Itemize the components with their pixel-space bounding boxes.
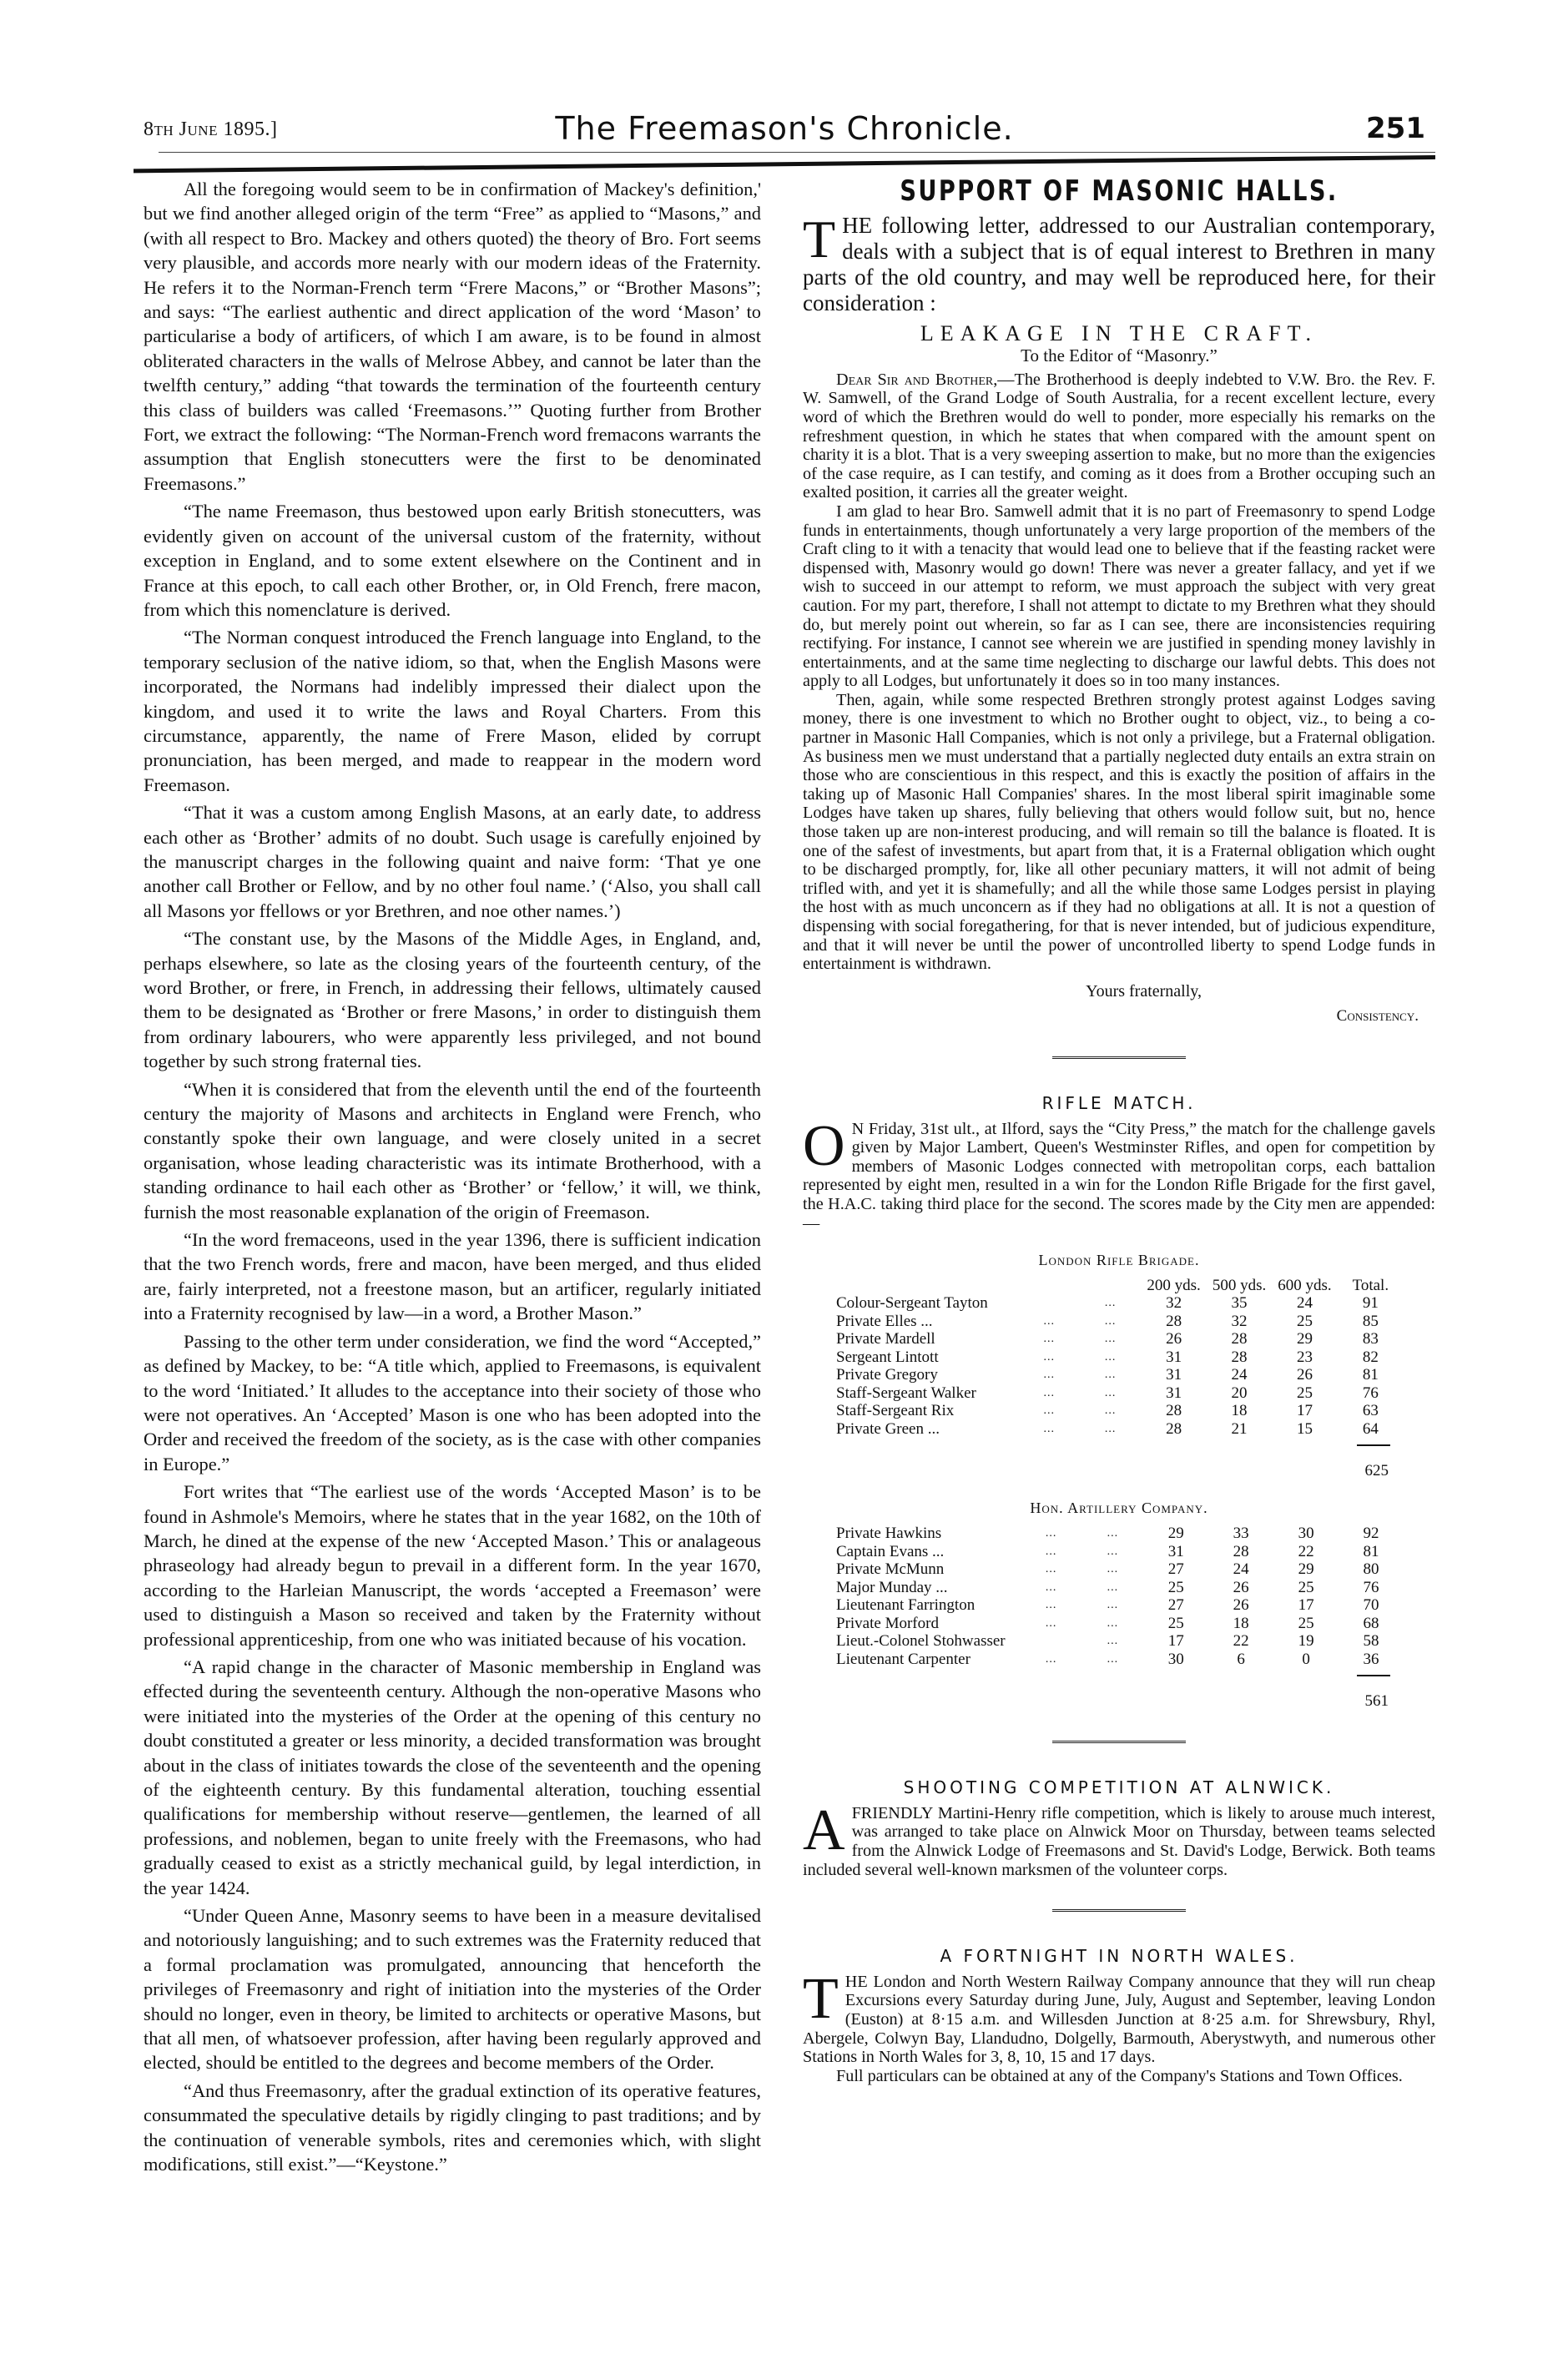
col-header: 500 yds. bbox=[1207, 1277, 1272, 1295]
paragraph: Fort writes that “The earliest use of th… bbox=[144, 1479, 761, 1651]
drop-cap: O bbox=[803, 1123, 845, 1170]
table-row: Private Morford......25182568 bbox=[836, 1615, 1404, 1633]
col-header: Total. bbox=[1338, 1277, 1404, 1295]
table-row: Staff-Sergeant Rix......28181763 bbox=[836, 1402, 1404, 1420]
scores-table-hac: Private Hawkins......29333092 Captain Ev… bbox=[836, 1525, 1404, 1668]
table-row: Private Mardell......26282983 bbox=[836, 1330, 1404, 1348]
section-divider bbox=[1052, 1741, 1186, 1745]
table-row: Lieut.-Colonel Stohwasser...17221958 bbox=[836, 1632, 1404, 1651]
team-total-hac: 561 bbox=[836, 1668, 1404, 1711]
table-row: Private McMunn......27242980 bbox=[836, 1560, 1404, 1579]
table-row: Private Elles .........28322585 bbox=[836, 1313, 1404, 1331]
table-row: Private Gregory......31242681 bbox=[836, 1366, 1404, 1384]
right-column: SUPPORT OF MASONIC HALLS. THE following … bbox=[803, 177, 1435, 2085]
drop-cap: T bbox=[803, 216, 835, 263]
total-rule bbox=[1357, 1675, 1390, 1676]
intro-paragraph: THE following letter, addressed to our A… bbox=[803, 213, 1435, 316]
paragraph: “The Norman conquest introduced the Fren… bbox=[144, 625, 761, 797]
letter-paragraph: Dear Sir and Brother,—The Brotherhood is… bbox=[803, 370, 1435, 502]
article-title-alnwick: SHOOTING COMPETITION AT ALNWICK. bbox=[803, 1778, 1435, 1797]
letter-title: LEAKAGE IN THE CRAFT. bbox=[803, 325, 1435, 344]
team-name-hac: Hon. Artillery Company. bbox=[803, 1499, 1435, 1518]
paragraph: “Under Queen Anne, Masonry seems to have… bbox=[144, 1903, 761, 2075]
table-row: Lieutenant Carpenter......306036 bbox=[836, 1651, 1404, 1669]
newspaper-page: 8th June 1895.] The Freemason's Chronicl… bbox=[134, 108, 1435, 159]
table-header-row: 200 yds. 500 yds. 600 yds. Total. bbox=[836, 1277, 1404, 1295]
masthead: 8th June 1895.] The Freemason's Chronicl… bbox=[134, 108, 1435, 159]
north-wales-paragraph-2: Full particulars can be obtained at any … bbox=[803, 2067, 1435, 2086]
drop-cap: A bbox=[803, 1807, 845, 1854]
table-row: Colour-Sergeant Tayton...32352491 bbox=[836, 1294, 1404, 1313]
col-header: 600 yds. bbox=[1272, 1277, 1337, 1295]
paragraph: “That it was a custom among English Maso… bbox=[144, 800, 761, 923]
paragraph: “And thus Freemasonry, after the gradual… bbox=[144, 2079, 761, 2177]
north-wales-text: HE London and North Western Railway Comp… bbox=[803, 1973, 1435, 2066]
table-row: Staff-Sergeant Walker......31202576 bbox=[836, 1384, 1404, 1403]
paragraph: “In the word fremaceons, used in the yea… bbox=[144, 1227, 761, 1326]
rifle-match-paragraph: ON Friday, 31st ult., at Ilford, says th… bbox=[803, 1120, 1435, 1233]
drop-cap: T bbox=[803, 1976, 839, 2023]
table-row: Private Green .........28211564 bbox=[836, 1420, 1404, 1439]
table-row: Lieutenant Farrington......27261770 bbox=[836, 1596, 1404, 1615]
total-rule bbox=[1357, 1444, 1390, 1446]
letter-addressee: To the Editor of “Masonry.” bbox=[803, 346, 1435, 365]
alnwick-paragraph: A FRIENDLY Martini-Henry rifle competiti… bbox=[803, 1804, 1435, 1879]
letter-paragraph: I am glad to hear Bro. Samwell admit tha… bbox=[803, 502, 1435, 691]
table-row: Major Munday .........25262576 bbox=[836, 1579, 1404, 1597]
page-number: 251 bbox=[1366, 112, 1425, 145]
table-row: Sergeant Lintott......31282382 bbox=[836, 1348, 1404, 1367]
paragraph: Passing to the other term under consider… bbox=[144, 1329, 761, 1476]
col-header: 200 yds. bbox=[1141, 1277, 1206, 1295]
team-total-lrb: 625 bbox=[836, 1438, 1404, 1480]
paragraph: “The name Freemason, thus bestowed upon … bbox=[144, 499, 761, 622]
table-row: Captain Evans .........31282281 bbox=[836, 1543, 1404, 1561]
north-wales-paragraph: THE London and North Western Railway Com… bbox=[803, 1973, 1435, 2067]
scores-table-lrb: 200 yds. 500 yds. 600 yds. Total. Colour… bbox=[836, 1277, 1404, 1439]
paragraph: “The constant use, by the Masons of the … bbox=[144, 926, 761, 1073]
left-column-article: All the foregoing would seem to be in co… bbox=[144, 177, 761, 2180]
table-row: Private Hawkins......29333092 bbox=[836, 1525, 1404, 1543]
team-name-lrb: London Rifle Brigade. bbox=[803, 1251, 1435, 1270]
masthead-rule bbox=[134, 155, 1435, 173]
salutation: Dear Sir and Brother, bbox=[836, 370, 997, 389]
section-divider bbox=[1052, 1909, 1186, 1913]
article-title-rifle-match: RIFLE MATCH. bbox=[803, 1094, 1435, 1113]
section-divider bbox=[1052, 1056, 1186, 1061]
intro-text: HE following letter, addressed to our Au… bbox=[803, 213, 1435, 315]
letter-paragraph: Then, again, while some respected Brethr… bbox=[803, 691, 1435, 974]
article-title-support-halls: SUPPORT OF MASONIC HALLS. bbox=[866, 182, 1372, 201]
publication-title: The Freemason's Chronicle. bbox=[134, 110, 1435, 147]
paragraph: All the foregoing would seem to be in co… bbox=[144, 177, 761, 496]
alnwick-text: FRIENDLY Martini-Henry rifle competition… bbox=[803, 1804, 1435, 1879]
letter-text: —The Brotherhood is deeply indebted to V… bbox=[803, 370, 1435, 502]
team-total-value: 625 bbox=[836, 1462, 1404, 1481]
rifle-match-text: N Friday, 31st ult., at Ilford, says the… bbox=[803, 1120, 1435, 1232]
letter-signature: Consistency. bbox=[803, 1007, 1435, 1026]
article-title-north-wales: A FORTNIGHT IN NORTH WALES. bbox=[803, 1947, 1435, 1966]
masthead-thin-rule bbox=[159, 152, 1435, 153]
paragraph: “A rapid change in the character of Maso… bbox=[144, 1655, 761, 1900]
paragraph: “When it is considered that from the ele… bbox=[144, 1077, 761, 1224]
letter-signoff: Yours fraternally, bbox=[803, 982, 1435, 1001]
team-total-value: 561 bbox=[836, 1692, 1404, 1711]
